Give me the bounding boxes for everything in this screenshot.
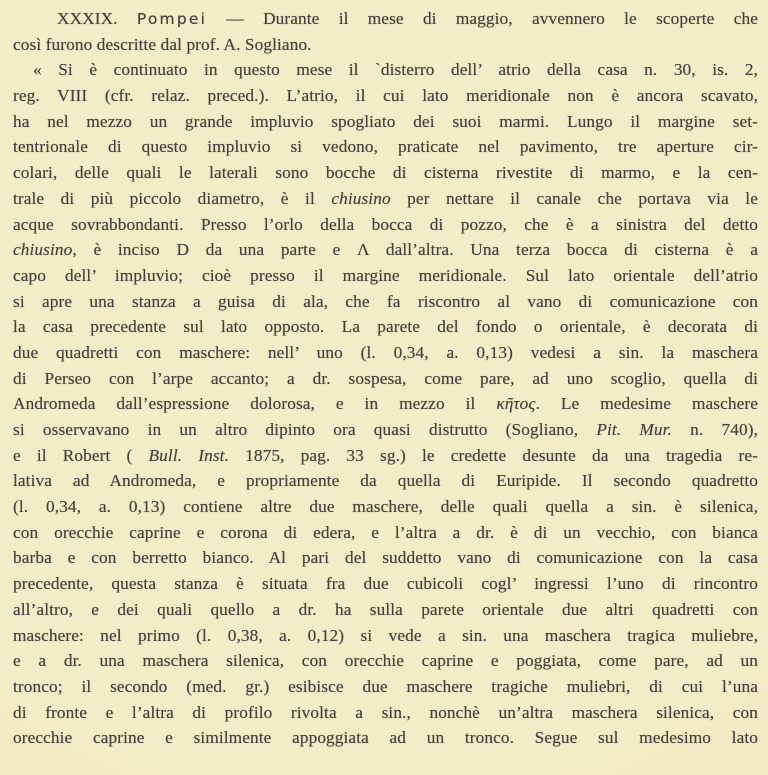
body-text: la casa precedente sul lato opposto. La … [13, 317, 758, 336]
text-line: maschere: nel primo (l. 0,38, a. 0,12) s… [13, 623, 758, 649]
body-text: lativa ad Andromeda, e propriamente da q… [13, 471, 758, 490]
italic-text: Pit. Mur. [596, 420, 672, 439]
text-line: precedente, questa stanza è situata fra … [13, 571, 758, 597]
text-line: si apre una stanza a guisa di ala, che f… [13, 289, 758, 315]
text-line: (l. 0,34, a. 0,13) contiene altre due ma… [13, 494, 758, 520]
text-line: di fronte e l’altra di profilo rivolta a… [13, 700, 758, 726]
heading-line: XXXIX. Pompei — Durante il mese di maggi… [13, 6, 758, 32]
text-line: trale di più piccolo diametro, è il chiu… [13, 186, 758, 212]
body-text: . Le medesime maschere [536, 394, 758, 413]
text-line: si osservavano in un altro dipinto ora q… [13, 417, 758, 443]
text-line: reg. VIII (cfr. relaz. preced.). L’atrio… [13, 83, 758, 109]
text-line: tentrionale di questo impluvio si vedono… [13, 134, 758, 160]
text-line: con orecchie caprine e corona di edera, … [13, 520, 758, 546]
body-text: all’altro, e dei quali quello a dr. ha s… [13, 600, 758, 619]
text-line: così furono descritte dal prof. A. Sogli… [13, 32, 758, 58]
text-line: chiusino, è inciso D da una parte e Λ da… [13, 237, 758, 263]
place-name-text: Pompei [137, 10, 207, 28]
text-line: di Perseo con l’arpe accanto; a dr. sosp… [13, 366, 758, 392]
text-line: lativa ad Andromeda, e propriamente da q… [13, 468, 758, 494]
body-text: barba e con berretto bianco. Al pari del… [13, 548, 758, 567]
text-line: e a dr. una maschera silenica, con orecc… [13, 648, 758, 674]
body-text: Andromeda dall’espressione dolorosa, e i… [13, 394, 496, 413]
body-text: si osservavano in un altro dipinto ora q… [13, 420, 596, 439]
text-line: all’altro, e dei quali quello a dr. ha s… [13, 597, 758, 623]
body-text: si apre una stanza a guisa di ala, che f… [13, 292, 758, 311]
body-text: (l. 0,34, a. 0,13) contiene altre due ma… [13, 497, 758, 516]
text-line: la casa precedente sul lato opposto. La … [13, 314, 758, 340]
body-text: di Perseo con l’arpe accanto; a dr. sosp… [13, 369, 758, 388]
text-line: due quadretti con maschere: nell’ uno (l… [13, 340, 758, 366]
text-line: barba e con berretto bianco. Al pari del… [13, 545, 758, 571]
body-text: e a dr. una maschera silenica, con orecc… [13, 651, 758, 670]
body-text: , è inciso D da una parte e Λ dall’altra… [72, 240, 758, 259]
body-text: tentrionale di questo impluvio si vedono… [13, 137, 758, 156]
text-line: e il Robert ( Bull. Inst. 1875, pag. 33 … [13, 443, 758, 469]
body-text: reg. VIII (cfr. relaz. preced.). L’atrio… [13, 86, 758, 105]
body-text: con orecchie caprine e corona di edera, … [13, 523, 758, 542]
body-text: 1875, pag. 33 sg.) le credette desunte d… [229, 446, 758, 465]
body-text: due quadretti con maschere: nell’ uno (l… [13, 343, 758, 362]
text-line: « Si è continuato in questo mese il `dis… [13, 57, 758, 83]
body-text: capo dell’ impluvio; cioè presso il marg… [13, 266, 758, 285]
body-text: n. 740), [672, 420, 758, 439]
body-text: ha nel mezzo un grande impluvio spogliat… [13, 112, 758, 131]
text-line: ha nel mezzo un grande impluvio spogliat… [13, 109, 758, 135]
text-line: acque sovrabbondanti. Presso l’orlo dell… [13, 212, 758, 238]
italic-text: chiusino [331, 189, 390, 208]
text-block: XXXIX. Pompei — Durante il mese di maggi… [13, 6, 758, 751]
italic-text: κῆτος [496, 394, 535, 413]
body-text: colari, delle quali le laterali sono boc… [13, 163, 758, 182]
body-text: precedente, questa stanza è situata fra … [13, 574, 758, 593]
body-text: — Durante il mese di maggio, avvennero l… [207, 9, 758, 28]
text-line: tronco; il secondo (med. gr.) esibisce d… [13, 674, 758, 700]
body-text: e il Robert ( [13, 446, 149, 465]
scanned-book-page: XXXIX. Pompei — Durante il mese di maggi… [0, 0, 768, 775]
body-text: orecchie caprine e similmente appoggiata… [13, 728, 758, 747]
body-text: acque sovrabbondanti. Presso l’orlo dell… [13, 215, 758, 234]
body-text: maschere: nel primo (l. 0,38, a. 0,12) s… [13, 626, 758, 645]
italic-text: Bull. Inst. [149, 446, 229, 465]
body-text: XXXIX. [57, 9, 137, 28]
text-line: capo dell’ impluvio; cioè presso il marg… [13, 263, 758, 289]
body-text: per nettare il canale che portava via le [391, 189, 758, 208]
body-text: tronco; il secondo (med. gr.) esibisce d… [13, 677, 758, 696]
body-text: di fronte e l’altra di profilo rivolta a… [13, 703, 758, 722]
text-line: orecchie caprine e similmente appoggiata… [13, 725, 758, 751]
italic-text: chiusino [13, 240, 72, 259]
body-text: « Si è continuato in questo mese il `dis… [33, 60, 758, 79]
text-line: colari, delle quali le laterali sono boc… [13, 160, 758, 186]
body-text: trale di più piccolo diametro, è il [13, 189, 331, 208]
body-text: così furono descritte dal prof. A. Sogli… [13, 35, 312, 54]
text-line: Andromeda dall’espressione dolorosa, e i… [13, 391, 758, 417]
